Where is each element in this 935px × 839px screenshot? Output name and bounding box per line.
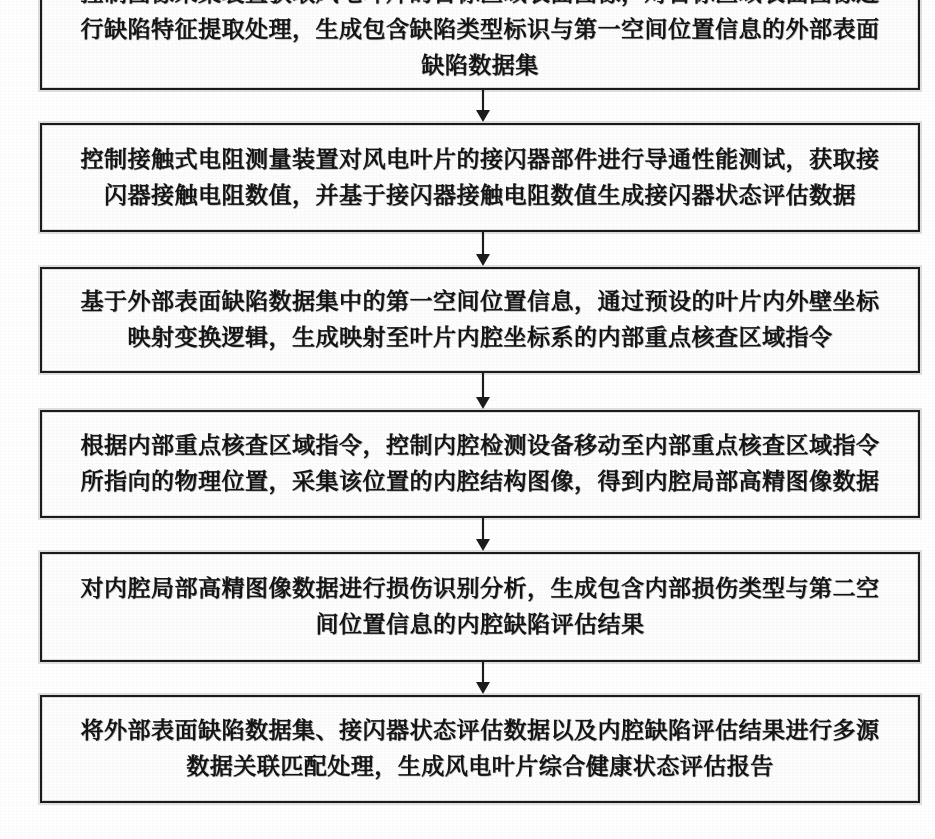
flow-step-6: 将外部表面缺陷数据集、接闪器状态评估数据以及内腔缺陷评估结果进行多源 数据关联匹… <box>40 695 920 803</box>
flow-step-6-line-2: 数据关联匹配处理，生成风电叶片综合健康状态评估报告 <box>186 749 774 785</box>
flow-arrow-down-icon <box>476 90 490 122</box>
flow-step-3-line-2: 映射变换逻辑，生成映射至叶片内腔坐标系的内部重点核查区域指令 <box>128 320 833 356</box>
arrow-head <box>476 254 490 266</box>
flow-step-1-line-2: 行缺陷特征提取处理，生成包含缺陷类型标识与第一空间位置信息的外部表面 <box>81 12 880 48</box>
flow-step-5-line-1: 对内腔局部高精图像数据进行损伤识别分析，生成包含内部损伤类型与第二空 <box>81 571 880 607</box>
flow-arrow-down-icon <box>476 373 490 409</box>
arrow-head <box>476 682 490 694</box>
flow-step-1-line-1: 控制图像采集装置获取风电叶片的目标区域表面图像，对目标区域表面图像进 <box>81 0 880 12</box>
flow-step-5: 对内腔局部高精图像数据进行损伤识别分析，生成包含内部损伤类型与第二空 间位置信息… <box>40 552 920 662</box>
arrow-head <box>476 110 490 122</box>
flow-step-4-line-2: 所指向的物理位置，采集该位置的内腔结构图像，得到内腔局部高精图像数据 <box>81 464 880 500</box>
arrow-stem <box>482 662 484 682</box>
flow-step-2-line-1: 控制接触式电阻测量装置对风电叶片的接闪器部件进行导通性能测试，获取接 <box>81 142 880 178</box>
flow-step-3-line-1: 基于外部表面缺陷数据集中的第一空间位置信息，通过预设的叶片内外壁坐标 <box>81 284 880 320</box>
flowchart-page: 控制图像采集装置获取风电叶片的目标区域表面图像，对目标区域表面图像进 行缺陷特征… <box>0 0 935 839</box>
flow-arrow-down-icon <box>476 662 490 694</box>
arrow-head <box>476 397 490 409</box>
arrow-stem <box>482 90 484 110</box>
arrow-stem <box>482 373 484 397</box>
arrow-stem <box>482 232 484 254</box>
arrow-head <box>476 539 490 551</box>
flow-step-5-line-2: 间位置信息的内腔缺陷评估结果 <box>316 607 645 643</box>
flow-step-2-line-2: 闪器接触电阻数值，并基于接闪器接触电阻数值生成接闪器状态评估数据 <box>104 178 856 214</box>
flow-step-1-line-3: 缺陷数据集 <box>421 48 539 84</box>
flow-step-2: 控制接触式电阻测量装置对风电叶片的接闪器部件进行导通性能测试，获取接 闪器接触电… <box>40 123 920 232</box>
flow-step-3: 基于外部表面缺陷数据集中的第一空间位置信息，通过预设的叶片内外壁坐标 映射变换逻… <box>40 267 920 373</box>
flow-arrow-down-icon <box>476 518 490 551</box>
flow-step-6-line-1: 将外部表面缺陷数据集、接闪器状态评估数据以及内腔缺陷评估结果进行多源 <box>81 713 880 749</box>
flow-step-4: 根据内部重点核查区域指令，控制内腔检测设备移动至内部重点核查区域指令 所指向的物… <box>40 410 920 518</box>
flow-arrow-down-icon <box>476 232 490 266</box>
flow-step-1: 控制图像采集装置获取风电叶片的目标区域表面图像，对目标区域表面图像进 行缺陷特征… <box>40 0 920 90</box>
arrow-stem <box>482 518 484 539</box>
flow-step-4-line-1: 根据内部重点核查区域指令，控制内腔检测设备移动至内部重点核查区域指令 <box>81 428 880 464</box>
